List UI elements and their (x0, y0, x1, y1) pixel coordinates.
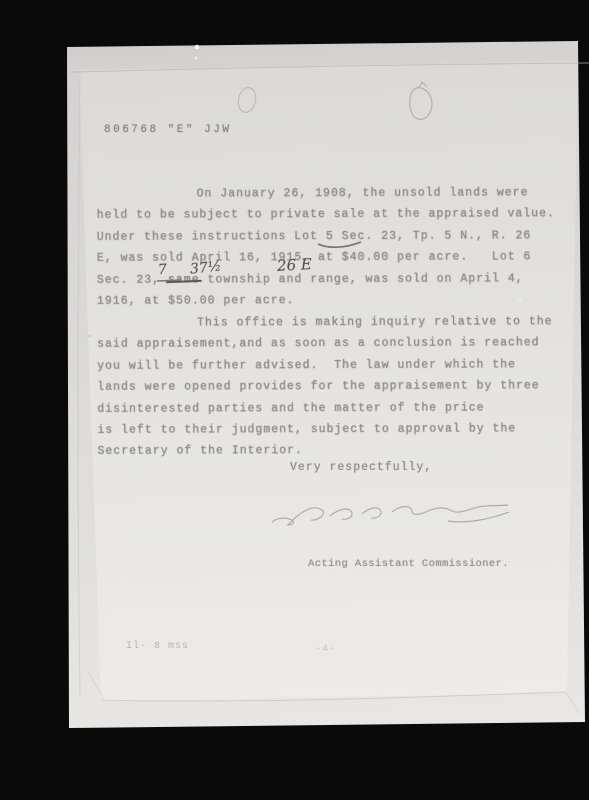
footer-reference: Il- 8 mss (126, 641, 189, 652)
letter-line: is left to their judgment, subject to ap… (97, 418, 562, 441)
signer-title: Acting Assistant Commissioner. (308, 558, 509, 570)
letter-line: disinterested parties and the matter of … (97, 397, 562, 420)
letter-body: On January 26, 1908, the unsold lands we… (97, 182, 563, 463)
scanned-letter-frame: 806768 "E" JJW On January 26, 1908, the … (0, 0, 589, 800)
file-number: 806768 "E" JJW (104, 124, 231, 136)
letter-line: 1916, at $50.00 per acre. (97, 289, 562, 312)
letter-line: Under these instructions Lot 5 Sec. 23, … (97, 225, 562, 248)
letter-lines: On January 26, 1908, the unsold lands we… (97, 182, 563, 463)
page-number: -4- (315, 644, 336, 655)
letter-line: This office is making inquiry relative t… (97, 311, 562, 334)
letter-line: you will be further advised. The law und… (97, 354, 562, 377)
signoff-line: Very respectfully, (290, 461, 432, 474)
letter-line: said appraisement,and as soon as a concl… (97, 332, 562, 355)
pencil-annotation: 7 (157, 262, 167, 279)
letter-line: On January 26, 1908, the unsold lands we… (97, 182, 562, 205)
pencil-annotation: 37½ (189, 258, 222, 277)
letter-line: Secretary of the Interior. (97, 440, 562, 463)
pencil-annotation: 26 E (277, 255, 313, 275)
letter-line: held to be subject to private sale at th… (97, 204, 562, 227)
letter-line: lands were opened provides for the appra… (97, 375, 562, 398)
